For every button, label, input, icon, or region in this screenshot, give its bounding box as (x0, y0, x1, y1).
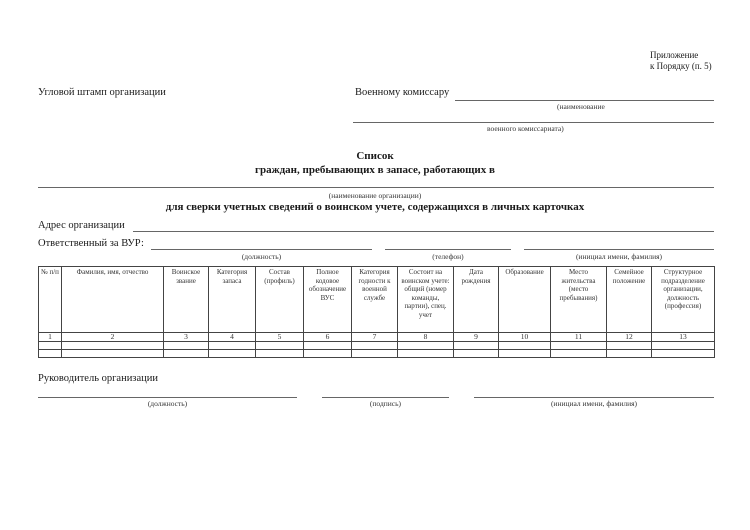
col-num: 3 (164, 333, 209, 342)
col-header-marital-status: Семейное положение (607, 267, 652, 333)
col-num: 1 (39, 333, 62, 342)
table-header-row: № п/п Фамилия, имя, отчество Воинское зв… (39, 267, 715, 333)
col-num: 5 (256, 333, 304, 342)
responsible-phone-hint: (телефон) (385, 252, 511, 261)
table-cell[interactable] (209, 350, 256, 358)
commissar-field-line-2[interactable] (353, 122, 714, 123)
col-header-department-position: Структурное подразделение организации, д… (652, 267, 715, 333)
col-num: 11 (551, 333, 607, 342)
table-column-numbers-row: 1 2 3 4 5 6 7 8 9 10 11 12 13 (39, 333, 715, 342)
col-header-education: Образование (499, 267, 551, 333)
to-commissar-label: Военному комиссару (355, 87, 449, 98)
col-num: 2 (62, 333, 164, 342)
commissariat-hint-1: (наименование (557, 102, 605, 111)
title-line-1: Список (0, 150, 750, 162)
responsible-name-line[interactable] (524, 249, 714, 250)
table-cell[interactable] (62, 342, 164, 350)
head-position-hint: (должность) (38, 399, 297, 408)
address-label: Адрес организации (38, 220, 125, 231)
table-cell[interactable] (352, 342, 398, 350)
org-name-field-line[interactable] (38, 187, 714, 188)
table-cell[interactable] (39, 342, 62, 350)
citizens-table: № п/п Фамилия, имя, отчество Воинское зв… (38, 266, 715, 358)
col-num: 8 (398, 333, 454, 342)
appendix-note: Приложение к Порядку (п. 5) (650, 50, 712, 72)
responsible-phone-line[interactable] (385, 249, 511, 250)
col-header-full-name: Фамилия, имя, отчество (62, 267, 164, 333)
title-line-3: для сверки учетных сведений о воинском у… (0, 201, 750, 213)
table-cell[interactable] (164, 342, 209, 350)
table-cell[interactable] (304, 342, 352, 350)
head-signature-hint: (подпись) (322, 399, 449, 408)
col-header-registration: Состоит на воинском учете: общий (номер … (398, 267, 454, 333)
table-cell[interactable] (62, 350, 164, 358)
col-header-birth-date: Дата рождения (454, 267, 499, 333)
address-field-line[interactable] (133, 231, 714, 232)
col-num: 6 (304, 333, 352, 342)
org-name-hint: (наименование организации) (0, 191, 750, 200)
table-cell[interactable] (607, 342, 652, 350)
table-cell[interactable] (256, 342, 304, 350)
responsible-label: Ответственный за ВУР: (38, 238, 144, 249)
appendix-line-2: к Порядку (п. 5) (650, 61, 712, 72)
table-cell[interactable] (398, 350, 454, 358)
table-cell[interactable] (652, 350, 715, 358)
title-line-2: граждан, пребывающих в запасе, работающи… (0, 164, 750, 176)
col-num: 12 (607, 333, 652, 342)
table-cell[interactable] (551, 350, 607, 358)
col-num: 9 (454, 333, 499, 342)
table-cell[interactable] (652, 342, 715, 350)
table-cell[interactable] (454, 350, 499, 358)
head-of-org-label: Руководитель организации (38, 373, 158, 384)
table-cell[interactable] (352, 350, 398, 358)
head-name-hint: (инициал имени, фамилия) (474, 399, 714, 408)
table-row (39, 350, 715, 358)
commissar-field-line-1[interactable] (455, 100, 714, 101)
col-header-military-rank: Воинское звание (164, 267, 209, 333)
table-row (39, 342, 715, 350)
col-header-profile: Состав (профиль) (256, 267, 304, 333)
head-position-line[interactable] (38, 397, 297, 398)
responsible-position-line[interactable] (151, 249, 372, 250)
table-cell[interactable] (551, 342, 607, 350)
head-signature-line[interactable] (322, 397, 449, 398)
head-name-line[interactable] (474, 397, 714, 398)
col-header-vus-code: Полное кодовое обозначение ВУС (304, 267, 352, 333)
appendix-line-1: Приложение (650, 50, 712, 61)
table-cell[interactable] (607, 350, 652, 358)
table-cell[interactable] (209, 342, 256, 350)
commissariat-hint-2: военного комиссариата) (487, 124, 564, 133)
col-num: 10 (499, 333, 551, 342)
table-cell[interactable] (164, 350, 209, 358)
responsible-position-hint: (должность) (151, 252, 372, 261)
table-cell[interactable] (256, 350, 304, 358)
table-cell[interactable] (499, 342, 551, 350)
table-cell[interactable] (39, 350, 62, 358)
col-num: 13 (652, 333, 715, 342)
table-cell[interactable] (499, 350, 551, 358)
col-header-fitness-category: Категория годности к военной службе (352, 267, 398, 333)
col-header-number: № п/п (39, 267, 62, 333)
col-header-reserve-category: Категория запаса (209, 267, 256, 333)
table-cell[interactable] (398, 342, 454, 350)
responsible-name-hint: (инициал имени, фамилия) (524, 252, 714, 261)
col-num: 4 (209, 333, 256, 342)
table-cell[interactable] (304, 350, 352, 358)
col-num: 7 (352, 333, 398, 342)
corner-stamp-label: Угловой штамп организации (38, 87, 166, 98)
col-header-residence: Место жительства (место пребывания) (551, 267, 607, 333)
table-cell[interactable] (454, 342, 499, 350)
